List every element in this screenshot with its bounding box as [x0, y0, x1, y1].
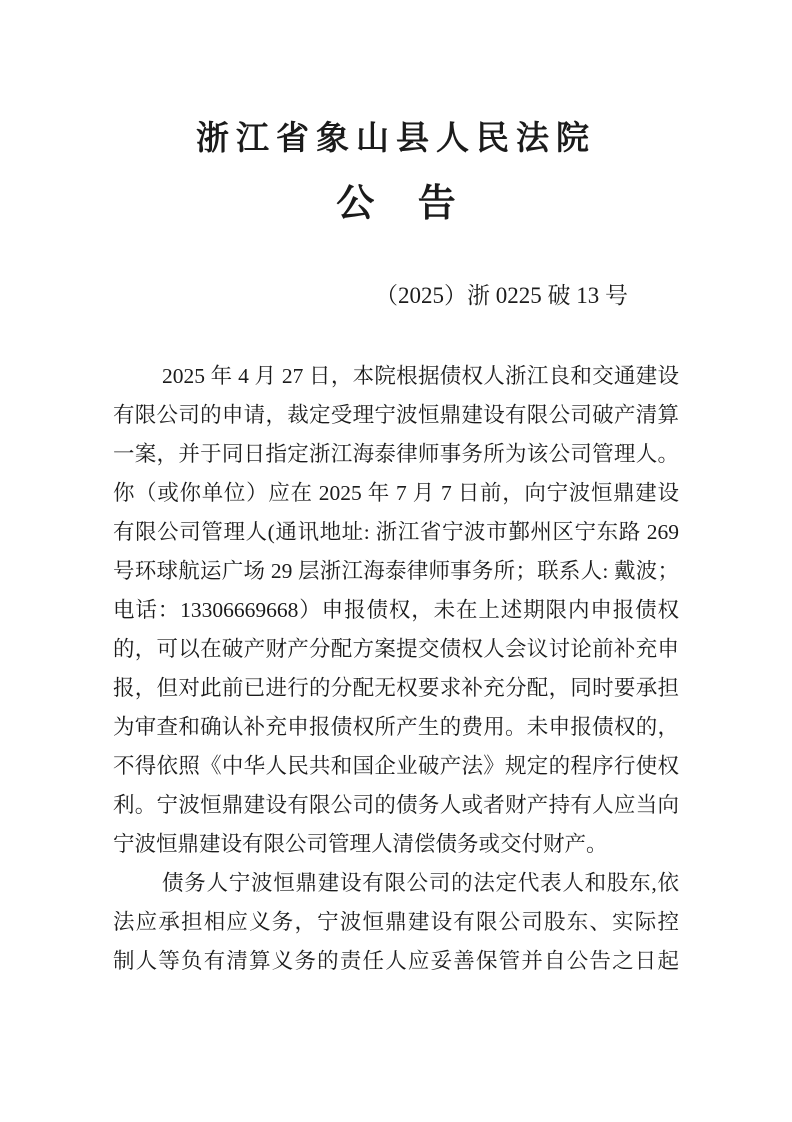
body-line-8: 的，可以在破产财产分配方案提交债权人会议讨论前补充申 [113, 630, 679, 669]
body-line-14: 债务人宁波恒鼎建设有限公司的法定代表人和股东,依 [113, 864, 679, 903]
document-body: 2025 年 4 月 27 日，本院根据债权人浙江良和交通建设 有限公司的申请，… [113, 357, 679, 981]
court-name-title: 浙江省象山县人民法院 [0, 0, 792, 159]
body-line-15: 法应承担相应义务，宁波恒鼎建设有限公司股东、实际控 [113, 903, 679, 942]
body-line-5: 有限公司管理人(通讯地址: 浙江省宁波市鄞州区宁东路 269 [113, 513, 679, 552]
body-line-6: 号环球航运广场 29 层浙江海泰律师事务所；联系人: 戴波； [113, 552, 679, 591]
body-line-9: 报，但对此前已进行的分配无权要求补充分配，同时要承担 [113, 669, 679, 708]
case-number: （2025）浙 0225 破 13 号 [0, 281, 792, 311]
body-line-1: 2025 年 4 月 27 日，本院根据债权人浙江良和交通建设 [113, 357, 679, 396]
notice-title: 公 告 [0, 180, 792, 228]
body-line-4: 你（或你单位）应在 2025 年 7 月 7 日前，向宁波恒鼎建设 [113, 474, 679, 513]
body-line-12: 利。宁波恒鼎建设有限公司的债务人或者财产持有人应当向 [113, 786, 679, 825]
body-line-3: 一案，并于同日指定浙江海泰律师事务所为该公司管理人。 [113, 435, 679, 474]
body-line-16: 制人等负有清算义务的责任人应妥善保管并自公告之日起 [113, 942, 679, 981]
body-line-13: 宁波恒鼎建设有限公司管理人清偿债务或交付财产。 [113, 825, 679, 864]
body-line-11: 不得依照《中华人民共和国企业破产法》规定的程序行使权 [113, 747, 679, 786]
body-line-2: 有限公司的申请，裁定受理宁波恒鼎建设有限公司破产清算 [113, 396, 679, 435]
document-page: 浙江省象山县人民法院 公 告 （2025）浙 0225 破 13 号 2025 … [0, 0, 792, 1122]
body-line-7: 电话：13306669668）申报债权，未在上述期限内申报债权 [113, 591, 679, 630]
body-line-10: 为审查和确认补充申报债权所产生的费用。未申报债权的， [113, 708, 679, 747]
